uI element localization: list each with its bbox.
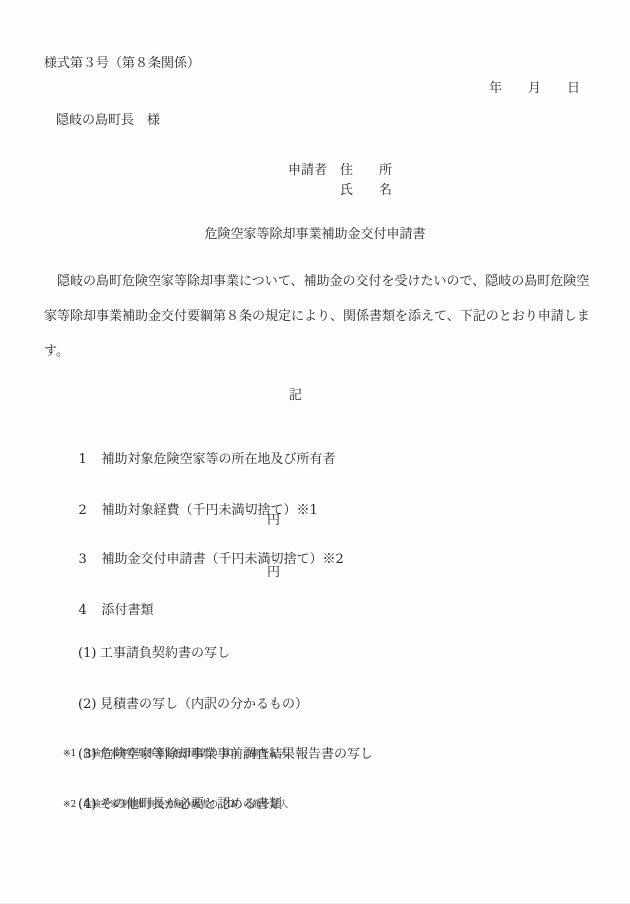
applicant-address-line: 申請者 住 所 bbox=[288, 164, 392, 177]
addressee: 隠岐の島町長 様 bbox=[56, 114, 160, 127]
application-form-page: 様式第３号（第８条関係） 年 月 日 隠岐の島町長 様 申請者 住 所 氏 名 … bbox=[0, 0, 630, 904]
document-title: 危険空家等除却事業補助金交付申請書 bbox=[0, 228, 630, 241]
body-paragraph: 隠岐の島町危険空家等除却事業について、補助金の交付を受けたいので、隠岐の島町危険… bbox=[44, 264, 594, 369]
footnote-1-marker: ※1 bbox=[63, 746, 83, 763]
attachment-1-label: 工事請負契約書の写し bbox=[100, 646, 230, 661]
footnote-2-marker: ※2 bbox=[63, 797, 83, 814]
item-2-number: 2 bbox=[79, 504, 102, 517]
item-3-number: 3 bbox=[79, 553, 102, 566]
item-1-number: 1 bbox=[79, 453, 102, 466]
footnotes: ※1危険空家等除却事業実施計画書の（C）の額を記入 ※2危険空家等除却事業実施計… bbox=[63, 711, 288, 849]
date-line: 年 月 日 bbox=[489, 82, 580, 95]
footnote-2: ※2危険空家等除却事業実施計画書の（D）の額を記入 bbox=[63, 797, 288, 814]
item-2-unit-yen: 円 bbox=[267, 514, 280, 527]
section-marker: 記 bbox=[289, 389, 302, 402]
attachment-2-label: 見積書の写し（内訳の分かるもの） bbox=[100, 697, 308, 712]
footnote-2-text: 危険空家等除却事業実施計画書の（D）の額を記入 bbox=[83, 800, 288, 810]
applicant-name-line: 氏 名 bbox=[340, 184, 392, 197]
item-3: 3補助金交付申請書（千円未満切捨て）※2 bbox=[62, 540, 344, 579]
attachment-row-1: (1)工事請負契約書の写し bbox=[78, 646, 373, 663]
item-2-label: 補助対象経費（千円未満切捨て）※1 bbox=[102, 503, 318, 518]
item-3-label: 補助金交付申請書（千円未満切捨て）※2 bbox=[102, 552, 344, 567]
attachment-1-number: (1) bbox=[78, 646, 100, 663]
footnote-1: ※1危険空家等除却事業実施計画書の（C）の額を記入 bbox=[63, 746, 288, 763]
item-1: 1補助対象危険空家等の所在地及び所有者 bbox=[62, 440, 336, 479]
form-number: 様式第３号（第８条関係） bbox=[44, 57, 200, 70]
item-1-label: 補助対象危険空家等の所在地及び所有者 bbox=[102, 452, 336, 467]
footnote-1-text: 危険空家等除却事業実施計画書の（C）の額を記入 bbox=[83, 749, 288, 759]
item-3-unit-yen: 円 bbox=[267, 566, 280, 579]
